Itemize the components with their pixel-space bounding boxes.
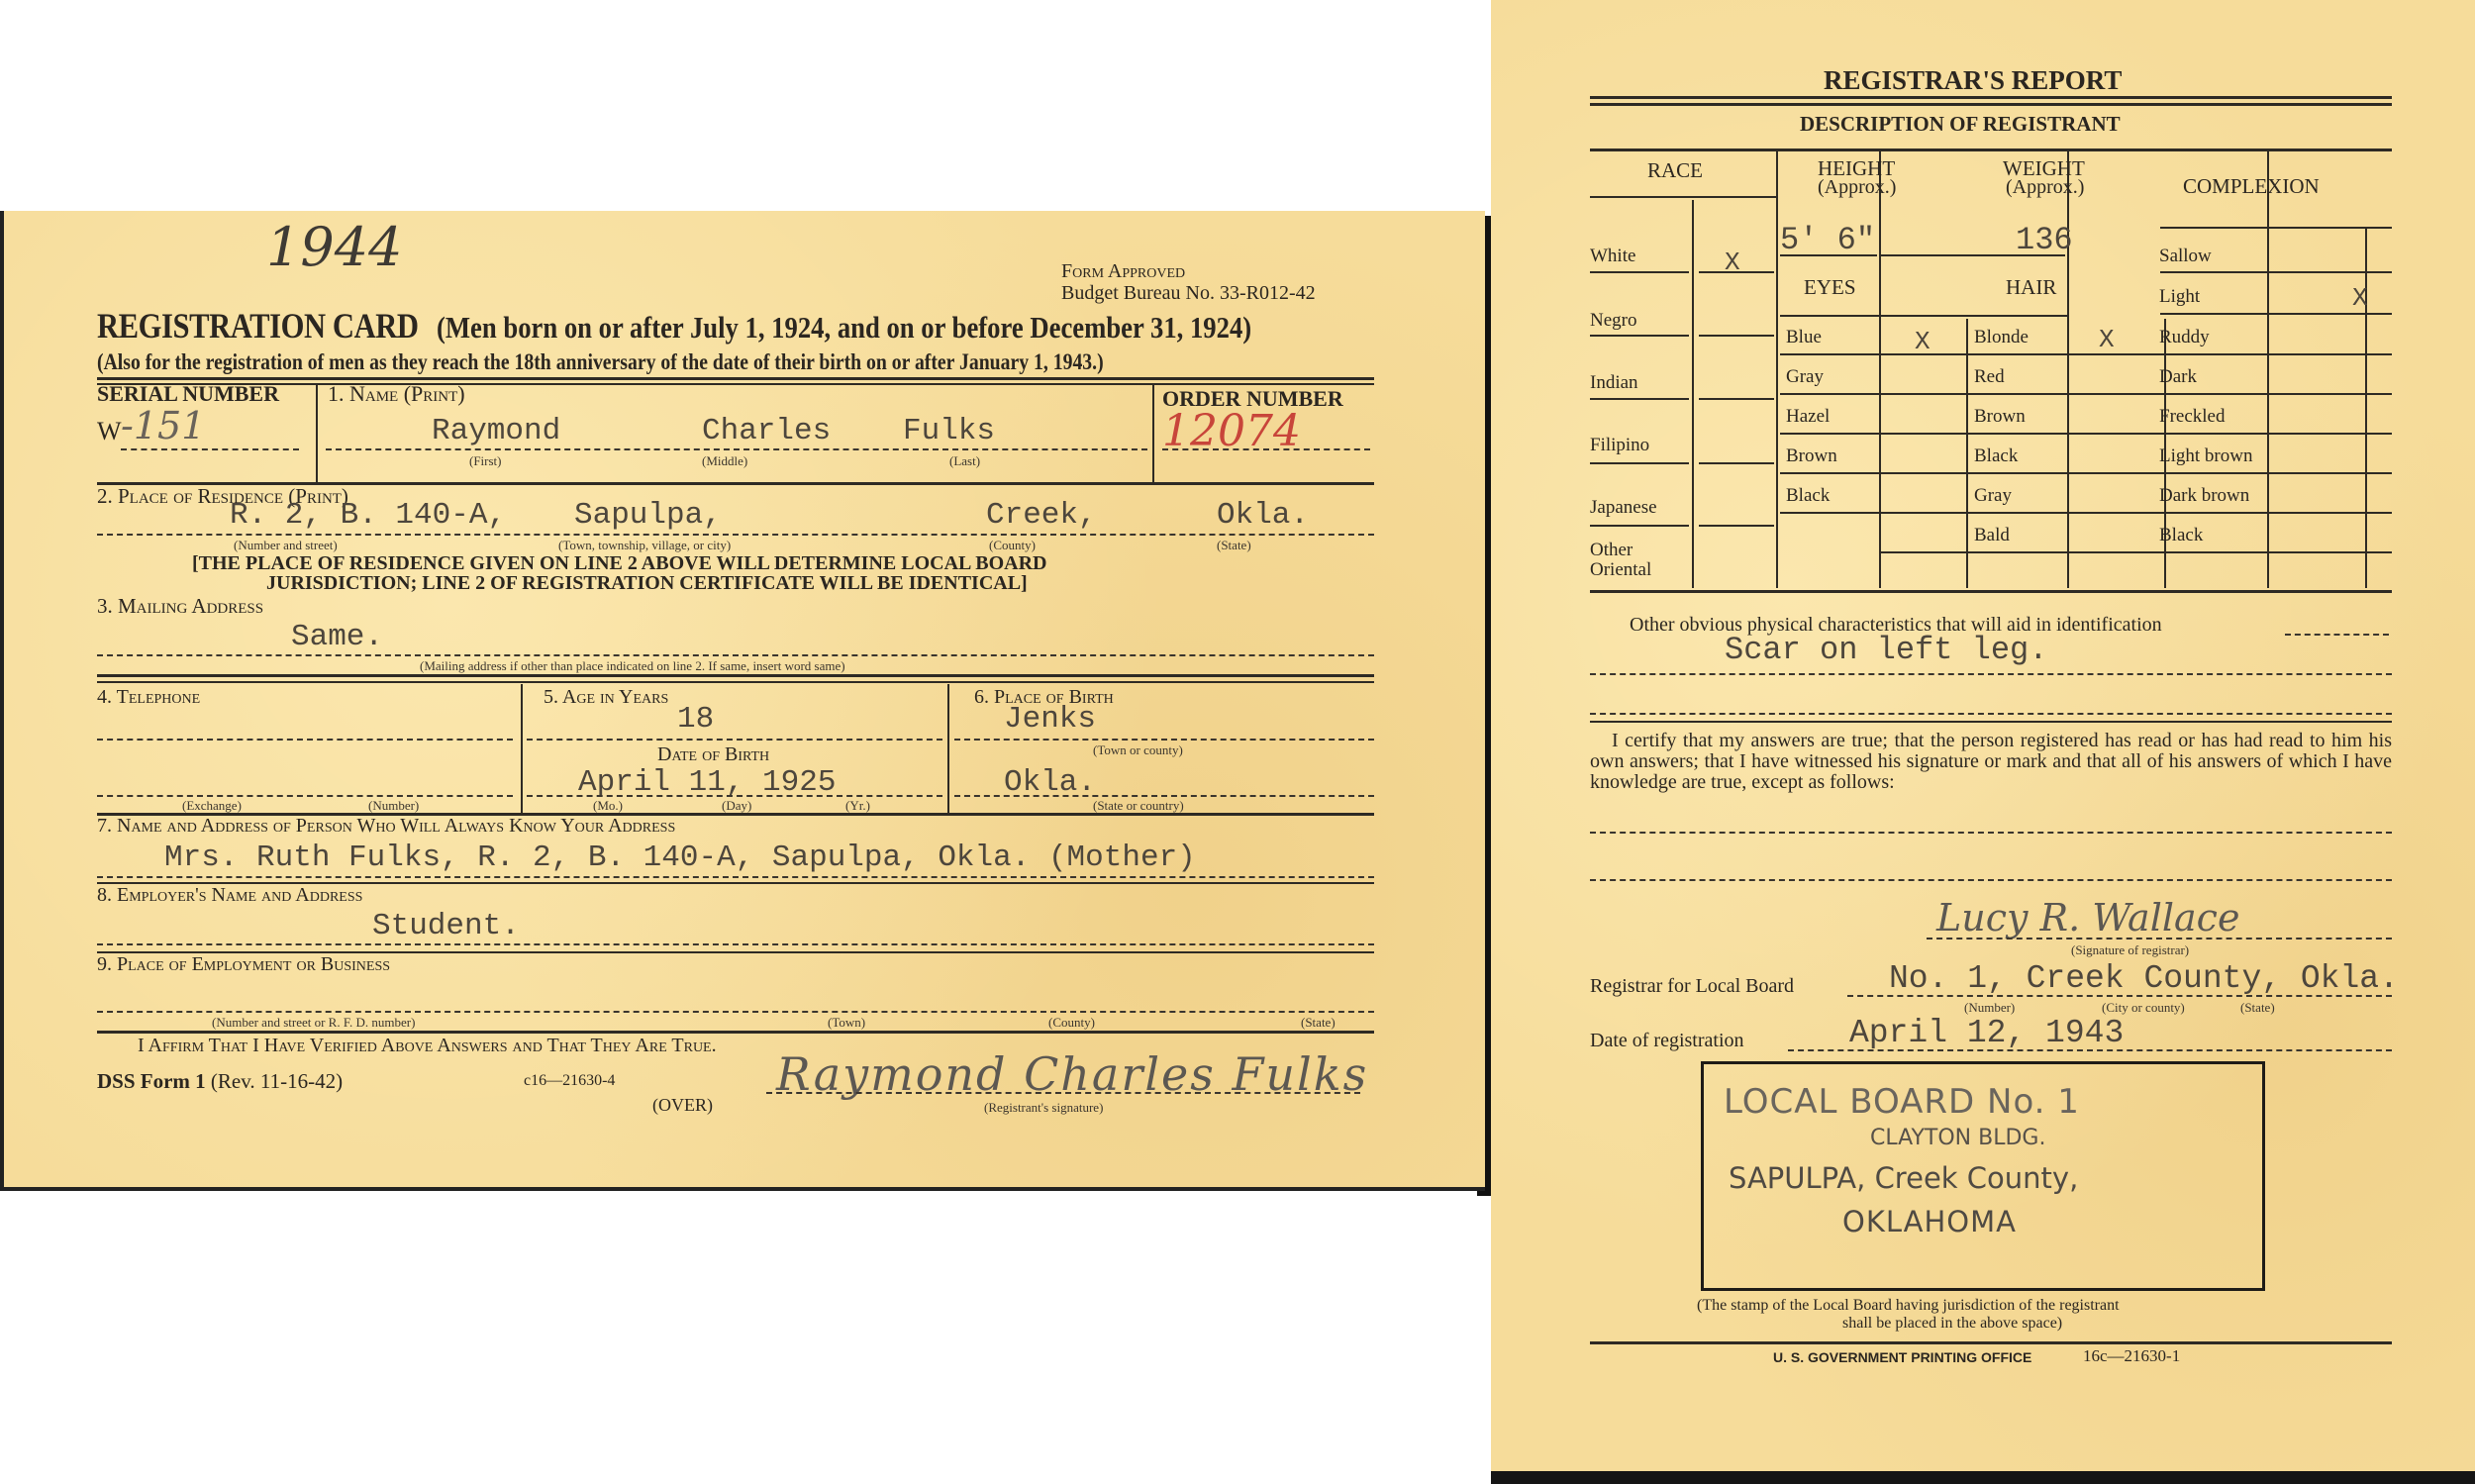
- local-board-value: No. 1, Creek County, Okla.: [1889, 960, 2399, 997]
- affirmation-text: I Affirm That I Have Verified Above Answ…: [138, 1035, 717, 1057]
- employment-state-caption: (State): [1301, 1015, 1336, 1031]
- date-of-registration-label: Date of registration: [1590, 1030, 1744, 1052]
- race-japanese: Japanese: [1590, 497, 1657, 519]
- day-caption: (Day): [722, 798, 751, 814]
- race-header: RACE: [1647, 158, 1703, 183]
- complexion-sallow: Sallow: [2159, 246, 2212, 267]
- stamp-line-1: LOCAL BOARD No. 1: [1724, 1082, 2080, 1122]
- printer-name: U. S. GOVERNMENT PRINTING OFFICE: [1773, 1349, 2031, 1365]
- board-number-caption: (Number): [1964, 1000, 2015, 1016]
- eyes-gray: Gray: [1786, 366, 1824, 388]
- residence-state: Okla.: [1217, 498, 1309, 533]
- residence-county: Creek,: [986, 498, 1097, 533]
- budget-bureau-number: Budget Bureau No. 33-R012-42: [1061, 282, 1316, 305]
- complexion-light-mark: X: [2352, 283, 2368, 313]
- last-name: Fulks: [903, 414, 995, 448]
- birth-state-caption: (State or country): [1093, 798, 1184, 814]
- description-subtitle: DESCRIPTION OF REGISTRANT: [1800, 112, 2121, 137]
- complexion-dark: Dark: [2159, 366, 2197, 388]
- employment-county-caption: (County): [1048, 1015, 1095, 1031]
- registrars-report-back: REGISTRAR'S REPORT DESCRIPTION OF REGIST…: [1491, 0, 2475, 1473]
- hair-blonde: Blonde: [1974, 327, 2029, 348]
- stamp-line-3: SAPULPA, Creek County,: [1729, 1161, 2078, 1195]
- complexion-light-brown: Light brown: [2159, 445, 2252, 467]
- mailing-address-label: 3. Mailing Address: [97, 594, 263, 619]
- contact-person-value: Mrs. Ruth Fulks, R. 2, B. 140-A, Sapulpa…: [164, 841, 1196, 875]
- form-number-block: DSS Form 1 (Rev. 11-16-42): [97, 1069, 343, 1094]
- complexion-light: Light: [2159, 286, 2200, 308]
- mo-caption: (Mo.): [593, 798, 623, 814]
- registrar-signature-caption: (Signature of registrar): [2071, 942, 2189, 958]
- date-of-registration-value: April 12, 1943: [1849, 1015, 2124, 1051]
- complexion-header: COMPLEXION: [2183, 174, 2320, 199]
- exchange-caption: (Exchange): [182, 798, 242, 814]
- first-name: Raymond: [432, 414, 560, 448]
- street-caption: (Number and street): [234, 538, 338, 553]
- age-value: 18: [677, 702, 714, 737]
- eyes-blue: Blue: [1786, 327, 1822, 348]
- hair-blonde-mark: X: [2099, 325, 2115, 354]
- eyes-black: Black: [1786, 485, 1830, 507]
- mailing-address-value: Same.: [291, 620, 383, 654]
- stamp-caption-1: (The stamp of the Local Board having jur…: [1697, 1297, 2120, 1315]
- hair-header: HAIR: [2006, 275, 2056, 300]
- employment-town-caption: (Town): [828, 1015, 865, 1031]
- form-revision: (Rev. 11-16-42): [211, 1069, 343, 1093]
- hair-gray: Gray: [1974, 485, 2012, 507]
- race-white: White: [1590, 246, 1635, 267]
- hair-bald: Bald: [1974, 525, 2010, 546]
- serial-prefix: W: [97, 417, 122, 446]
- local-board-label: Registrar for Local Board: [1590, 975, 1794, 998]
- local-board-stamp-box: LOCAL BOARD No. 1 CLAYTON BLDG. SAPULPA,…: [1701, 1061, 2265, 1291]
- registrar-signature: Lucy R. Wallace: [1936, 896, 2239, 940]
- yr-caption: (Yr.): [845, 798, 870, 814]
- residence-street: R. 2, B. 140-A,: [230, 498, 506, 533]
- state-caption: (State): [1217, 538, 1251, 553]
- residence-notice-2: JURISDICTION; LINE 2 OF REGISTRATION CER…: [266, 572, 1028, 595]
- employer-value: Student.: [372, 909, 520, 943]
- serial-number-value: -151: [121, 404, 205, 447]
- stamp-line-4: OKLAHOMA: [1842, 1205, 2017, 1238]
- complexion-freckled: Freckled: [2159, 406, 2225, 428]
- race-negro: Negro: [1590, 310, 1636, 332]
- form-number: DSS Form 1: [97, 1069, 206, 1093]
- middle-name: Charles: [702, 414, 831, 448]
- residence-town: Sapulpa,: [574, 498, 722, 533]
- name-label: 1. Name (Print): [328, 381, 465, 407]
- telephone-number-caption: (Number): [368, 798, 419, 814]
- printer-code: 16c—21630-1: [2083, 1346, 2180, 1366]
- weight-sub: (Approx.): [2006, 176, 2084, 199]
- employment-place-label: 9. Place of Employment or Business: [97, 953, 390, 976]
- hair-black: Black: [1974, 445, 2018, 467]
- mailing-caption: (Mailing address if other than place ind…: [420, 658, 845, 674]
- birth-town: Jenks: [1004, 702, 1096, 737]
- complexion-dark-brown: Dark brown: [2159, 485, 2249, 507]
- print-code: c16—21630-4: [524, 1072, 615, 1090]
- over-label: (OVER): [652, 1095, 713, 1116]
- certification-text: I certify that my answers are true; that…: [1590, 731, 2392, 793]
- employment-street-caption: (Number and street or R. F. D. number): [212, 1015, 415, 1031]
- eyes-blue-mark: X: [1915, 327, 1930, 356]
- race-filipino: Filipino: [1590, 435, 1649, 456]
- card-title: REGISTRATION CARD: [97, 305, 419, 346]
- card-shadow: [1491, 1471, 2475, 1484]
- age-label: 5. Age in Years: [544, 686, 668, 709]
- form-approved: Form Approved: [1061, 260, 1185, 283]
- board-state-caption: (State): [2240, 1000, 2275, 1016]
- telephone-label: 4. Telephone: [97, 686, 200, 709]
- complexion-ruddy: Ruddy: [2159, 327, 2210, 348]
- eyes-header: EYES: [1804, 275, 1856, 300]
- employer-label: 8. Employer's Name and Address: [97, 884, 362, 907]
- height-value: 5' 6": [1780, 222, 1875, 258]
- race-indian: Indian: [1590, 372, 1638, 394]
- contact-person-label: 7. Name and Address of Person Who Will A…: [97, 815, 675, 838]
- town-caption: (Town, township, village, or city): [558, 538, 731, 553]
- registration-card-front: 1944 Form Approved Budget Bureau No. 33-…: [0, 211, 1485, 1191]
- weight-value: 136: [2016, 222, 2073, 258]
- card-subtitle: (Men born on or after July 1, 1924, and …: [437, 310, 1251, 346]
- stamp-caption-2: shall be placed in the above space): [1842, 1315, 2062, 1333]
- hair-brown: Brown: [1974, 406, 2026, 428]
- eyes-hazel: Hazel: [1786, 406, 1830, 428]
- eyes-brown: Brown: [1786, 445, 1837, 467]
- complexion-black: Black: [2159, 525, 2203, 546]
- county-caption: (County): [989, 538, 1036, 553]
- first-caption: (First): [469, 453, 502, 469]
- race-other-oriental: Other Oriental: [1590, 541, 1689, 580]
- report-title: REGISTRAR'S REPORT: [1824, 65, 2122, 96]
- last-caption: (Last): [949, 453, 980, 469]
- middle-caption: (Middle): [702, 453, 747, 469]
- other-characteristics-value: Scar on left leg.: [1725, 632, 2047, 668]
- signature-caption: (Registrant's signature): [984, 1100, 1103, 1116]
- date-of-birth-label: Date of Birth: [657, 743, 769, 766]
- board-city-caption: (City or county): [2102, 1000, 2185, 1016]
- height-sub: (Approx.): [1818, 176, 1896, 199]
- birth-town-caption: (Town or county): [1093, 742, 1183, 758]
- hair-red: Red: [1974, 366, 2005, 388]
- card-note: (Also for the registration of men as the…: [97, 349, 1104, 375]
- year-annotation: 1944: [266, 216, 402, 278]
- stamp-line-2: CLAYTON BLDG.: [1870, 1126, 2045, 1150]
